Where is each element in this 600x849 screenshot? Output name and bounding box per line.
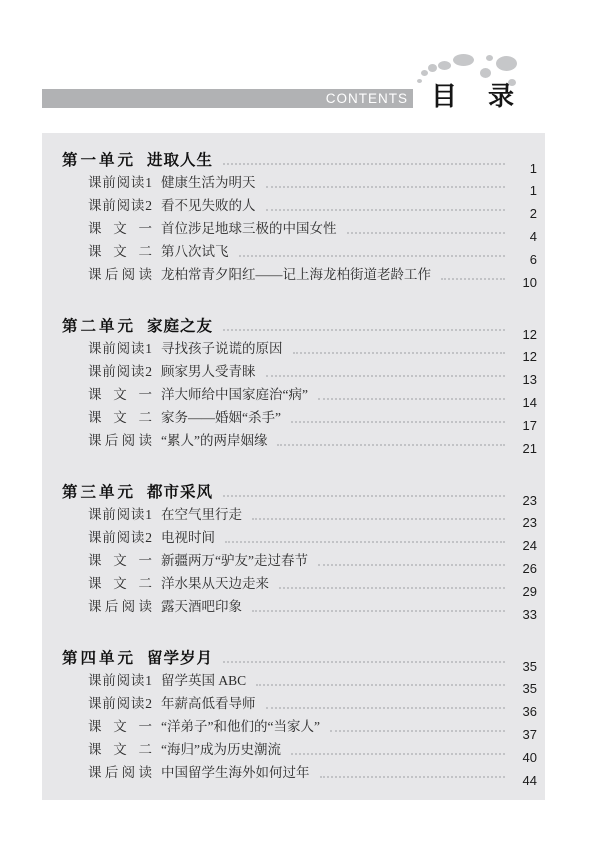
entry-type-label: 课前阅读2	[88, 360, 152, 380]
entry-title: 年薪高低看导师	[161, 692, 256, 712]
entry-type-label: 课文一	[88, 549, 152, 569]
entry-type-label: 课后阅读	[88, 761, 152, 781]
entry-type-label: 课前阅读2	[88, 526, 152, 546]
page-number: 4	[511, 229, 537, 244]
entry-type-label: 课前阅读1	[88, 171, 152, 191]
dotted-leader	[252, 610, 505, 612]
entry-type-label: 课文二	[88, 738, 152, 758]
unit-number: 第一单元	[62, 148, 136, 170]
entry-type-label: 课文一	[88, 715, 152, 735]
page-number: 6	[511, 252, 537, 267]
unit-name: 留学岁月	[147, 646, 213, 668]
unit-title-row: 第一单元 进取人生 1	[62, 148, 537, 171]
page-number: 26	[511, 561, 537, 576]
decor-bubble	[486, 55, 493, 61]
dotted-leader	[291, 753, 505, 755]
entry-title: “洋弟子”和他们的“当家人”	[161, 715, 320, 735]
toc-entry: 课文一 首位涉足地球三极的中国女性 4	[88, 217, 537, 240]
decor-bubble	[417, 79, 422, 83]
page-number: 36	[511, 704, 537, 719]
decor-bubble	[496, 56, 517, 71]
dotted-leader	[223, 329, 505, 331]
entry-title: 第八次试飞	[161, 240, 229, 260]
dotted-leader	[330, 730, 505, 732]
page-number: 1	[511, 161, 537, 176]
toc-entry: 课文二 “海归”成为历史潮流 40	[88, 738, 537, 761]
page-number: 35	[511, 659, 537, 674]
entry-type-label: 课后阅读	[88, 429, 152, 449]
unit-entries: 课前阅读1 寻找孩子说谎的原因 12 课前阅读2 顾家男人受青睐 13 课文一 …	[62, 337, 537, 452]
toc-entry: 课后阅读 露天酒吧印象 33	[88, 595, 537, 618]
entry-title: 洋水果从天边走来	[161, 572, 269, 592]
entry-title: 露天酒吧印象	[161, 595, 242, 615]
entry-title: 首位涉足地球三极的中国女性	[161, 217, 337, 237]
toc-entry: 课前阅读2 顾家男人受青睐 13	[88, 360, 537, 383]
entry-title: 家务——婚姻“杀手”	[161, 406, 281, 426]
dotted-leader	[320, 776, 506, 778]
entry-type-label: 课前阅读1	[88, 337, 152, 357]
dotted-leader	[318, 564, 505, 566]
entry-title: 电视时间	[161, 526, 215, 546]
toc-entry: 课后阅读 龙柏常青夕阳红——记上海龙柏街道老龄工作 10	[88, 263, 537, 286]
dotted-leader	[223, 163, 505, 165]
toc-entry: 课文一 新疆两万“驴友”走过春节 26	[88, 549, 537, 572]
toc-entry: 课后阅读 “累人”的两岸姻缘 21	[88, 429, 537, 452]
entry-type-label: 课文二	[88, 240, 152, 260]
dotted-leader	[266, 186, 506, 188]
toc-panel: 第一单元 进取人生 1 课前阅读1 健康生活为明天 1 课前阅读2 看不见失败的…	[42, 133, 545, 800]
toc-entry: 课前阅读2 年薪高低看导师 36	[88, 692, 537, 715]
page-number: 33	[511, 607, 537, 622]
toc-entry: 课文二 洋水果从天边走来 29	[88, 572, 537, 595]
dotted-leader	[318, 398, 505, 400]
unit-name: 都市采风	[147, 480, 213, 502]
toc-unit: 第四单元 留学岁月 35 课前阅读1 留学英国 ABC 35 课前阅读2 年薪高…	[62, 646, 537, 784]
entry-type-label: 课前阅读2	[88, 692, 152, 712]
contents-header-bar: CONTENTS	[42, 89, 413, 108]
unit-number: 第二单元	[62, 314, 136, 336]
entry-type-label: 课文一	[88, 217, 152, 237]
entry-title: 新疆两万“驴友”走过春节	[161, 549, 308, 569]
page-number: 37	[511, 727, 537, 742]
entry-title: 留学英国 ABC	[161, 669, 246, 689]
page-title: 目录	[431, 82, 545, 111]
dotted-leader	[256, 684, 505, 686]
page-number: 35	[511, 681, 537, 696]
decor-bubble	[428, 64, 437, 72]
entry-title: “累人”的两岸姻缘	[161, 429, 267, 449]
toc-entry: 课文二 家务——婚姻“杀手” 17	[88, 406, 537, 429]
entry-title: 寻找孩子说谎的原因	[161, 337, 283, 357]
dotted-leader	[266, 375, 506, 377]
entry-type-label: 课前阅读1	[88, 503, 152, 523]
page-number: 23	[511, 515, 537, 530]
unit-entries: 课前阅读1 在空气里行走 23 课前阅读2 电视时间 24 课文一 新疆两万“驴…	[62, 503, 537, 618]
decor-bubble	[508, 79, 516, 86]
entry-type-label: 课文二	[88, 572, 152, 592]
unit-entries: 课前阅读1 健康生活为明天 1 课前阅读2 看不见失败的人 2 课文一 首位涉足…	[62, 171, 537, 286]
page-number: 1	[511, 183, 537, 198]
decor-bubble	[438, 61, 451, 70]
page-number: 2	[511, 206, 537, 221]
dotted-leader	[277, 444, 505, 446]
decor-bubble	[421, 70, 428, 76]
page-number: 29	[511, 584, 537, 599]
page-number: 12	[511, 349, 537, 364]
entry-title: 中国留学生海外如何过年	[161, 761, 310, 781]
decor-bubble	[453, 54, 474, 66]
dotted-leader	[239, 255, 506, 257]
toc-entry: 课文二 第八次试飞 6	[88, 240, 537, 263]
page-number: 23	[511, 493, 537, 508]
entry-type-label: 课后阅读	[88, 595, 152, 615]
entry-type-label: 课文二	[88, 406, 152, 426]
page-number: 21	[511, 441, 537, 456]
dotted-leader	[252, 518, 505, 520]
toc-entry: 课前阅读1 健康生活为明天 1	[88, 171, 537, 194]
entry-title: 洋大师给中国家庭治“病”	[161, 383, 308, 403]
dotted-leader	[293, 352, 506, 354]
entry-title: 龙柏常青夕阳红——记上海龙柏街道老龄工作	[161, 263, 431, 283]
toc-unit: 第二单元 家庭之友 12 课前阅读1 寻找孩子说谎的原因 12 课前阅读2 顾家…	[62, 314, 537, 452]
toc-unit: 第一单元 进取人生 1 课前阅读1 健康生活为明天 1 课前阅读2 看不见失败的…	[62, 148, 537, 286]
dotted-leader	[441, 278, 505, 280]
unit-title-row: 第三单元 都市采风 23	[62, 480, 537, 503]
entry-title: 在空气里行走	[161, 503, 242, 523]
entry-title: 健康生活为明天	[161, 171, 256, 191]
dotted-leader	[266, 707, 506, 709]
entry-type-label: 课前阅读1	[88, 669, 152, 689]
toc-entry: 课前阅读1 留学英国 ABC 35	[88, 669, 537, 692]
unit-title-row: 第二单元 家庭之友 12	[62, 314, 537, 337]
toc-entry: 课文一 洋大师给中国家庭治“病” 14	[88, 383, 537, 406]
toc-entry: 课前阅读1 在空气里行走 23	[88, 503, 537, 526]
toc-entry: 课前阅读2 看不见失败的人 2	[88, 194, 537, 217]
unit-name: 进取人生	[147, 148, 213, 170]
entry-type-label: 课文一	[88, 383, 152, 403]
contents-label: CONTENTS	[326, 89, 413, 108]
unit-number: 第四单元	[62, 646, 136, 668]
dotted-leader	[279, 587, 505, 589]
dotted-leader	[223, 661, 505, 663]
dotted-leader	[266, 209, 506, 211]
unit-title-row: 第四单元 留学岁月 35	[62, 646, 537, 669]
entry-title: “海归”成为历史潮流	[161, 738, 281, 758]
page-number: 24	[511, 538, 537, 553]
entry-type-label: 课前阅读2	[88, 194, 152, 214]
dotted-leader	[225, 541, 505, 543]
page-number: 10	[511, 275, 537, 290]
entry-title: 看不见失败的人	[161, 194, 256, 214]
toc-entry: 课前阅读1 寻找孩子说谎的原因 12	[88, 337, 537, 360]
entry-type-label: 课后阅读	[88, 263, 152, 283]
unit-number: 第三单元	[62, 480, 136, 502]
page-number: 17	[511, 418, 537, 433]
dotted-leader	[291, 421, 505, 423]
toc-entry: 课文一 “洋弟子”和他们的“当家人” 37	[88, 715, 537, 738]
dotted-leader	[223, 495, 505, 497]
page-number: 44	[511, 773, 537, 788]
page-number: 14	[511, 395, 537, 410]
entry-title: 顾家男人受青睐	[161, 360, 256, 380]
page-number: 12	[511, 327, 537, 342]
unit-name: 家庭之友	[147, 314, 213, 336]
dotted-leader	[347, 232, 506, 234]
toc-entry: 课后阅读 中国留学生海外如何过年 44	[88, 761, 537, 784]
page-number: 13	[511, 372, 537, 387]
page-number: 40	[511, 750, 537, 765]
unit-entries: 课前阅读1 留学英国 ABC 35 课前阅读2 年薪高低看导师 36 课文一 “…	[62, 669, 537, 784]
toc-entry: 课前阅读2 电视时间 24	[88, 526, 537, 549]
toc-unit: 第三单元 都市采风 23 课前阅读1 在空气里行走 23 课前阅读2 电视时间 …	[62, 480, 537, 618]
decor-bubble	[480, 68, 491, 78]
